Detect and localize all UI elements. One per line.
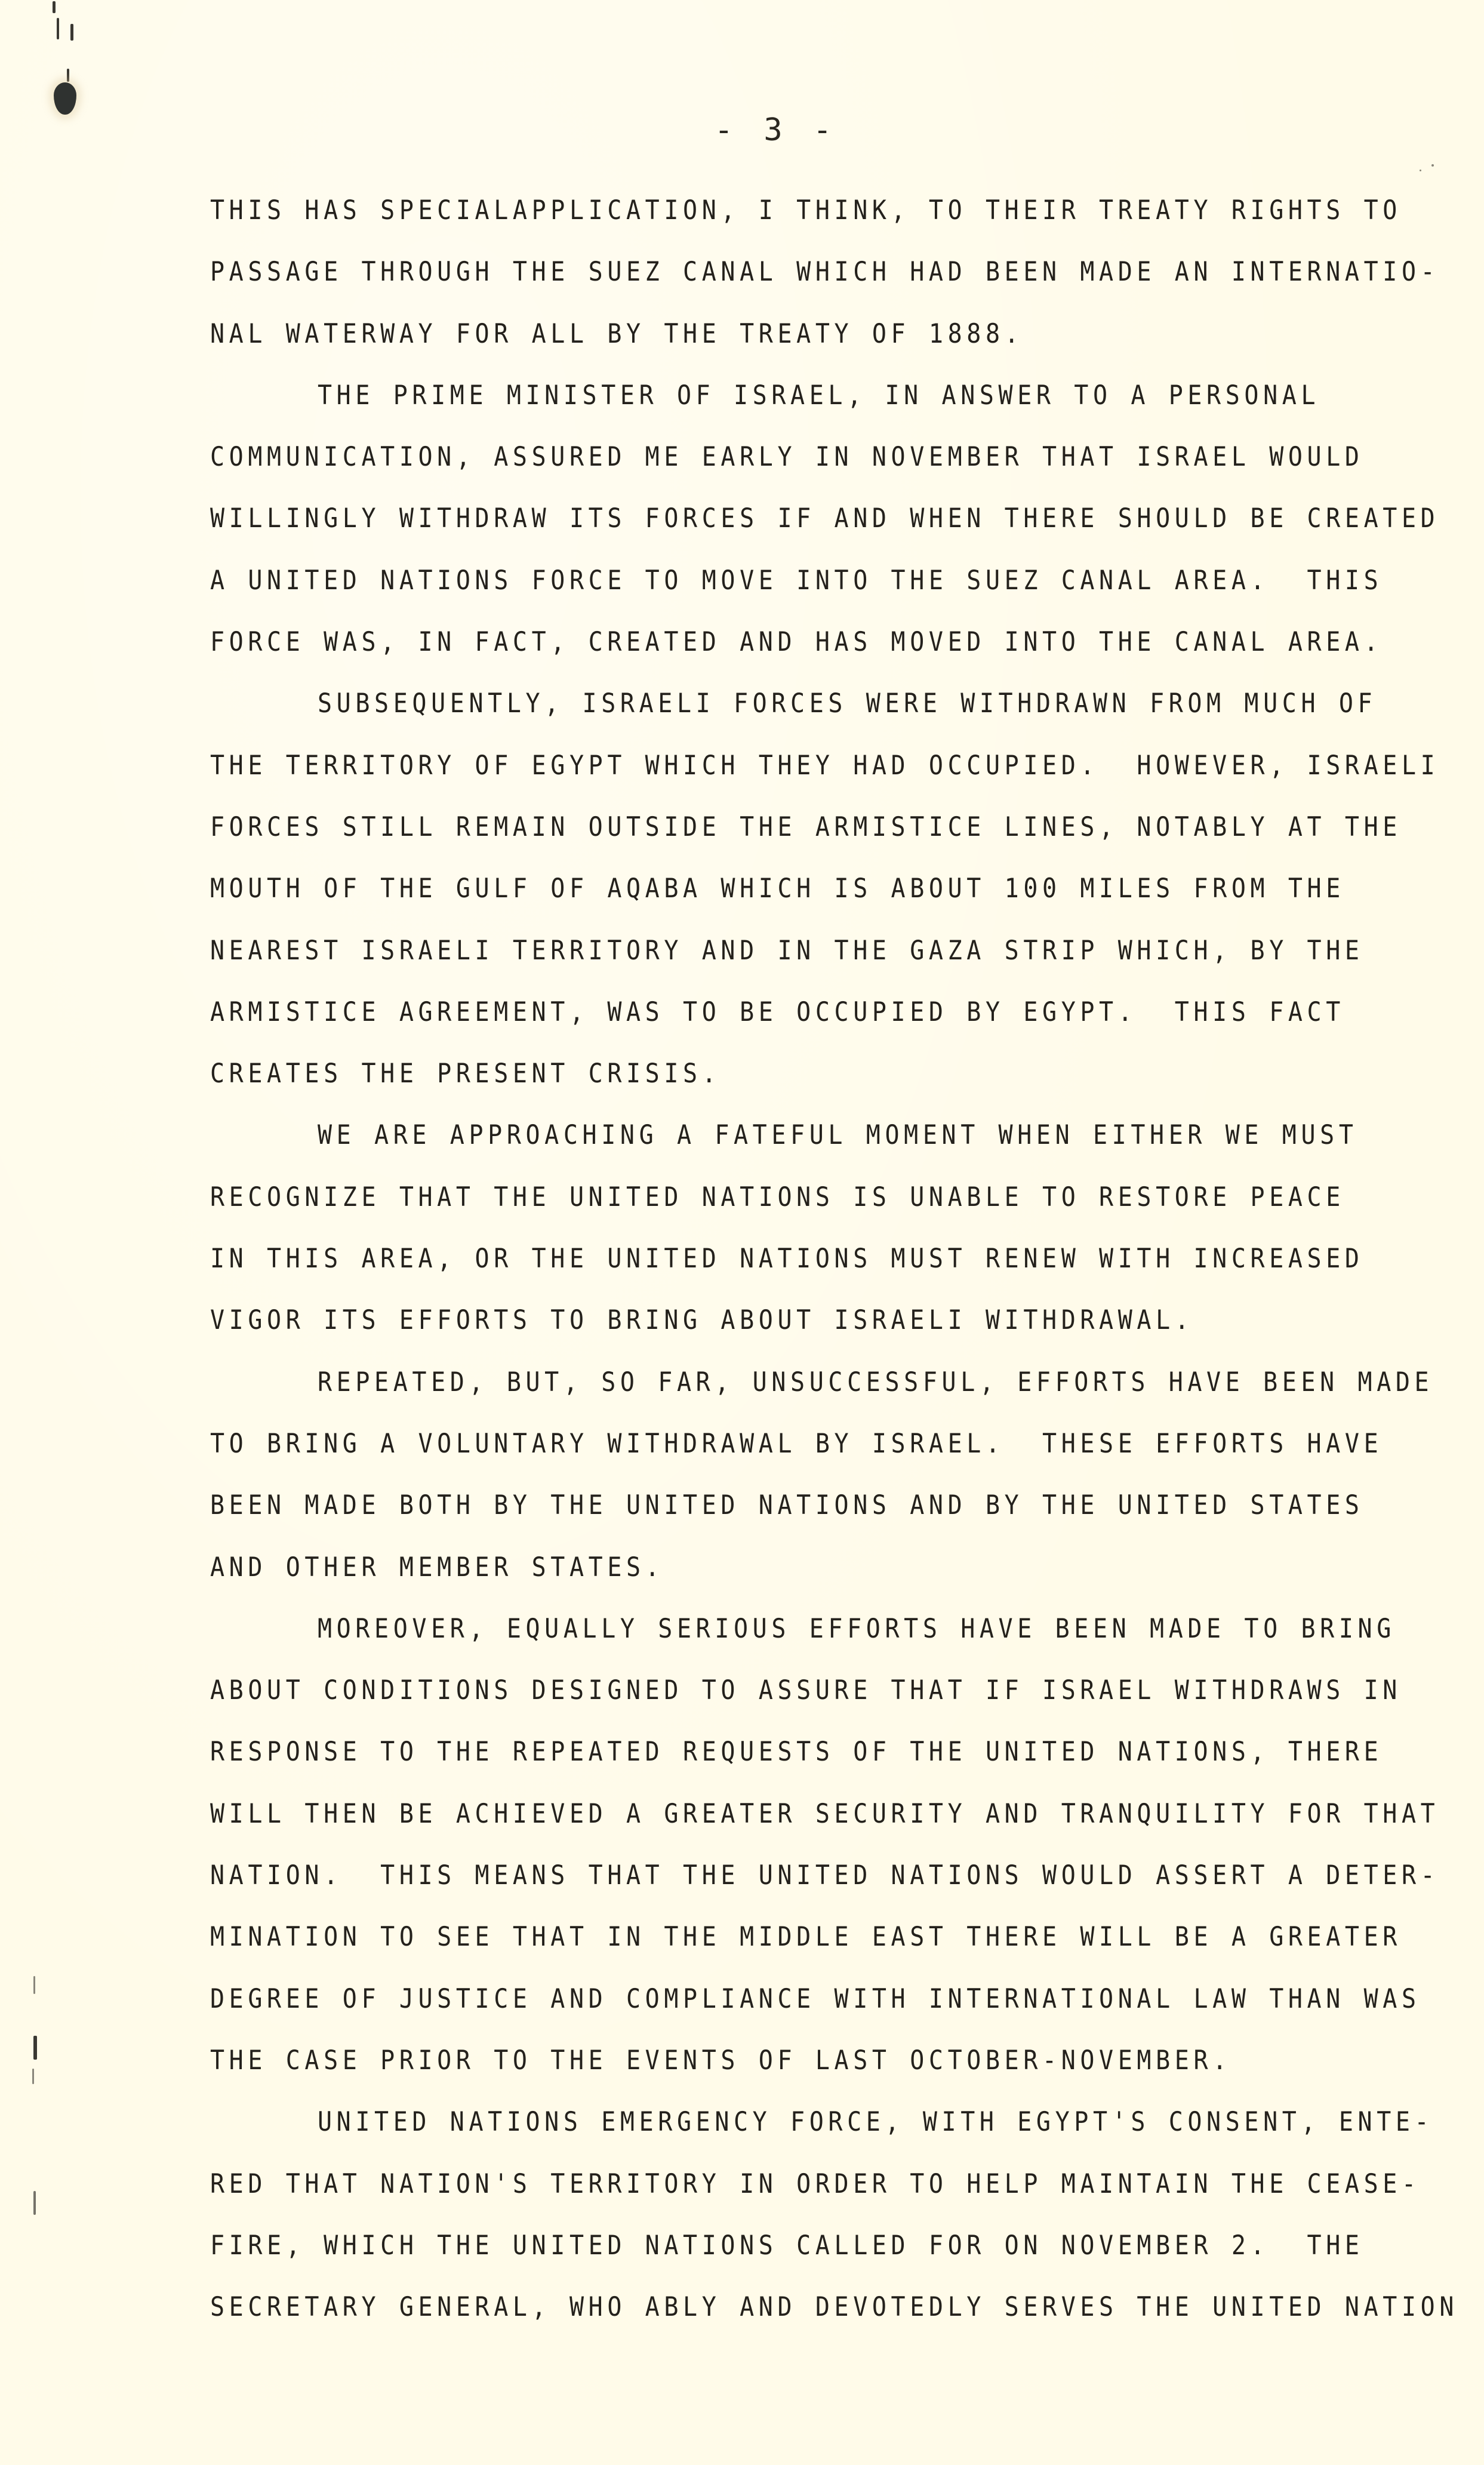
- text-line: RESPONSE TO THE REPEATED REQUESTS OF THE…: [210, 1728, 1440, 1797]
- text-line: NEAREST ISRAELI TERRITORY AND IN THE GAZ…: [210, 927, 1440, 996]
- text-line: RED THAT NATION'S TERRITORY IN ORDER TO …: [210, 2160, 1440, 2229]
- text-line: THE TERRITORY OF EGYPT WHICH THEY HAD OC…: [210, 741, 1440, 811]
- page-number: - 3 -: [710, 112, 842, 148]
- text-line: THIS HAS SPECIALAPPLICATION, I THINK, TO…: [210, 186, 1440, 256]
- text-line: NAL WATERWAY FOR ALL BY THE TREATY OF 18…: [210, 310, 1440, 379]
- paragraph-start-line: THE PRIME MINISTER OF ISRAEL, IN ANSWER …: [210, 371, 1440, 441]
- text-line: MINATION TO SEE THAT IN THE MIDDLE EAST …: [210, 1913, 1440, 1982]
- speck: [1431, 164, 1434, 167]
- text-line: FIRE, WHICH THE UNITED NATIONS CALLED FO…: [210, 2221, 1440, 2291]
- text-line: FORCES STILL REMAIN OUTSIDE THE ARMISTIC…: [210, 803, 1440, 872]
- text-line: THE CASE PRIOR TO THE EVENTS OF LAST OCT…: [210, 2036, 1440, 2106]
- speck: [1420, 170, 1421, 171]
- margin-mark: [67, 69, 69, 82]
- text-line: NATION. THIS MEANS THAT THE UNITED NATIO…: [210, 1851, 1440, 1921]
- margin-mark: [33, 1976, 35, 1994]
- document-page: - 3 - THIS HAS SPECIALAPPLICATION, I THI…: [0, 0, 1484, 2465]
- margin-mark: [57, 18, 59, 39]
- text-line: IN THIS AREA, OR THE UNITED NATIONS MUST…: [210, 1235, 1440, 1304]
- body-text: THIS HAS SPECIALAPPLICATION, I THINK, TO…: [210, 186, 1440, 2344]
- text-line: WILL THEN BE ACHIEVED A GREATER SECURITY…: [210, 1790, 1440, 1859]
- text-line: COMMUNICATION, ASSURED ME EARLY IN NOVEM…: [210, 433, 1440, 502]
- text-line: WILLINGLY WITHDRAW ITS FORCES IF AND WHE…: [210, 494, 1440, 564]
- paragraph-start-line: SUBSEQUENTLY, ISRAELI FORCES WERE WITHDR…: [210, 679, 1440, 749]
- margin-mark: [70, 24, 73, 41]
- text-line: MOUTH OF THE GULF OF AQABA WHICH IS ABOU…: [210, 864, 1440, 934]
- text-line: ARMISTICE AGREEMENT, WAS TO BE OCCUPIED …: [210, 988, 1440, 1057]
- paragraph-start-line: MOREOVER, EQUALLY SERIOUS EFFORTS HAVE B…: [210, 1605, 1440, 1674]
- text-line: DEGREE OF JUSTICE AND COMPLIANCE WITH IN…: [210, 1975, 1440, 2044]
- text-line: TO BRING A VOLUNTARY WITHDRAWAL BY ISRAE…: [210, 1420, 1440, 1489]
- margin-mark: [33, 2036, 37, 2060]
- margin-mark: [33, 2191, 36, 2215]
- text-line: VIGOR ITS EFFORTS TO BRING ABOUT ISRAELI…: [210, 1296, 1440, 1365]
- text-line: CREATES THE PRESENT CRISIS.: [210, 1050, 1440, 1119]
- text-line: FORCE WAS, IN FACT, CREATED AND HAS MOVE…: [210, 618, 1440, 687]
- margin-mark: [32, 2069, 34, 2084]
- text-line: PASSAGE THROUGH THE SUEZ CANAL WHICH HAD…: [210, 248, 1440, 317]
- paragraph-start-line: WE ARE APPROACHING A FATEFUL MOMENT WHEN…: [210, 1111, 1440, 1180]
- paragraph-start-line: UNITED NATIONS EMERGENCY FORCE, WITH EGY…: [210, 2098, 1440, 2167]
- text-line: AND OTHER MEMBER STATES.: [210, 1543, 1440, 1612]
- punch-hole-mark: [54, 82, 76, 115]
- text-line: ABOUT CONDITIONS DESIGNED TO ASSURE THAT…: [210, 1666, 1440, 1735]
- text-line: BEEN MADE BOTH BY THE UNITED NATIONS AND…: [210, 1481, 1440, 1550]
- text-line: RECOGNIZE THAT THE UNITED NATIONS IS UNA…: [210, 1173, 1440, 1242]
- margin-mark: [53, 1, 56, 13]
- text-line: A UNITED NATIONS FORCE TO MOVE INTO THE …: [210, 556, 1440, 626]
- paragraph-start-line: REPEATED, BUT, SO FAR, UNSUCCESSFUL, EFF…: [210, 1358, 1440, 1427]
- text-line: SECRETARY GENERAL, WHO ABLY AND DEVOTEDL…: [210, 2283, 1440, 2352]
